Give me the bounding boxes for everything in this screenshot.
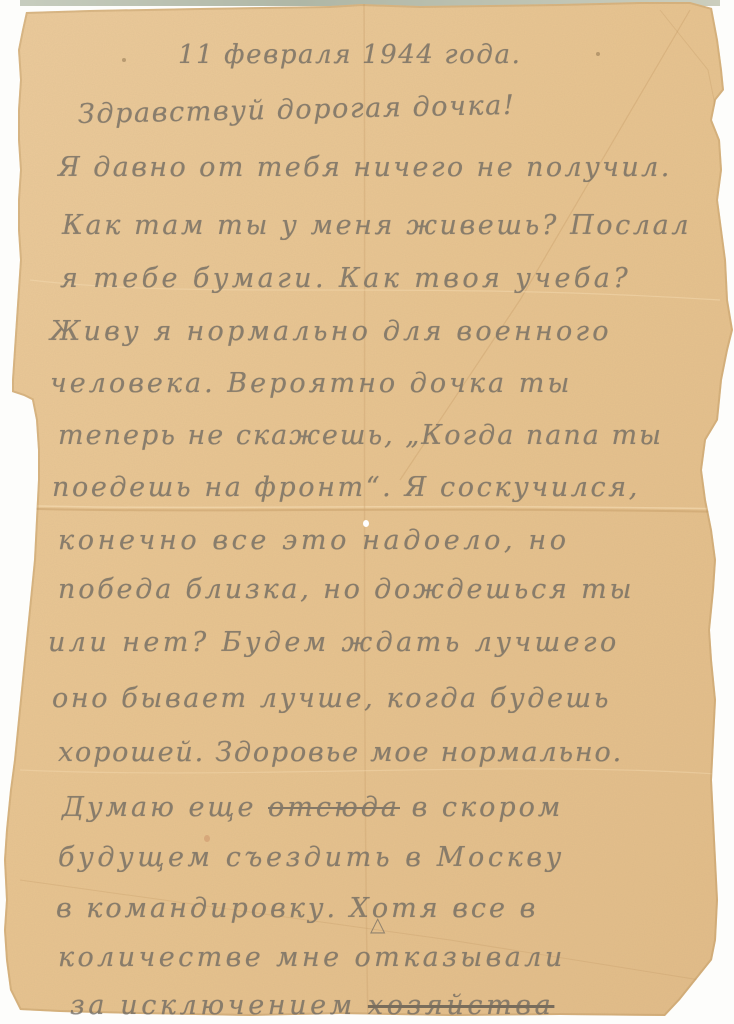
line-text: в скором xyxy=(400,792,563,823)
letter-line: будущем съездить в Москву xyxy=(58,842,565,873)
letter-line: оно бывает лучше, когда будешь xyxy=(52,683,611,714)
letter-line-with-strikeout: за исключением хозяйства xyxy=(70,990,554,1021)
line-text: Думаю еще xyxy=(62,792,268,823)
letter-line: человека. Вероятно дочка ты xyxy=(50,368,572,399)
letter-line-with-strikeout: Думаю еще отсюда в скором xyxy=(62,792,563,823)
letter-line: Живу я нормально для военного xyxy=(50,316,612,347)
letter-date: 11 февраля 1944 года. xyxy=(178,40,521,70)
letter-line: количестве мне отказывали xyxy=(58,942,566,973)
struck-word: отсюда xyxy=(268,792,400,823)
letter-line: конечно все это надоело, но xyxy=(58,525,570,556)
letter-line: теперь не скажешь, „Когда папа ты xyxy=(58,420,663,451)
letter-line: хорошей. Здоровье мое нормально. xyxy=(58,737,623,768)
line-text: за исключением xyxy=(70,990,368,1021)
letter-line: в командировку. Хотя все в xyxy=(56,893,538,924)
letter-line: или нет? Будем ждать лучшего xyxy=(48,627,620,658)
letter-line: победа близка, но дождешься ты xyxy=(58,574,634,605)
letter-line: Я давно от тебя ничего не получил. xyxy=(58,152,672,183)
struck-word: хозяйства xyxy=(368,990,554,1021)
letter-line: поедешь на фронт“. Я соскучился, xyxy=(52,472,640,503)
letter-line: я тебе бумаги. Как твоя учеба? xyxy=(60,263,631,294)
letter-line: Как там ты у меня живешь? Послал xyxy=(62,210,691,241)
